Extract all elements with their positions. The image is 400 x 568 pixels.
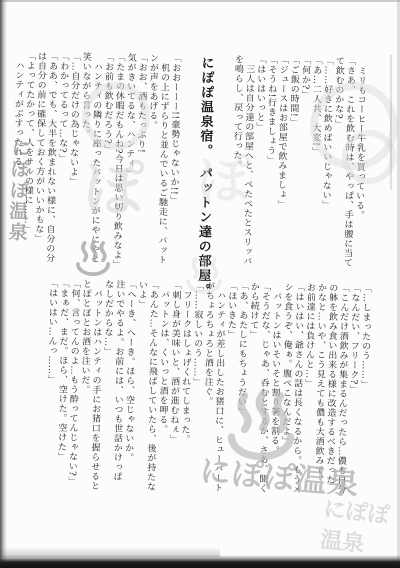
watermark-text-left: にぽぽ温泉 [3,138,34,244]
steam-swirl-icon [82,82,150,150]
watermark-text-corner: にぽぽ温泉 [319,492,400,562]
scanned-novel-page: にぽぽ温泉 ぽ ぽ [0,0,400,568]
hot-spring-icon [72,238,114,280]
steam-swirl-icon [342,130,396,184]
hot-spring-icon [182,254,226,298]
watermark-glyph-po: ぽ [84,142,144,228]
watermark-glyph-po-2: ぽ [198,138,250,213]
